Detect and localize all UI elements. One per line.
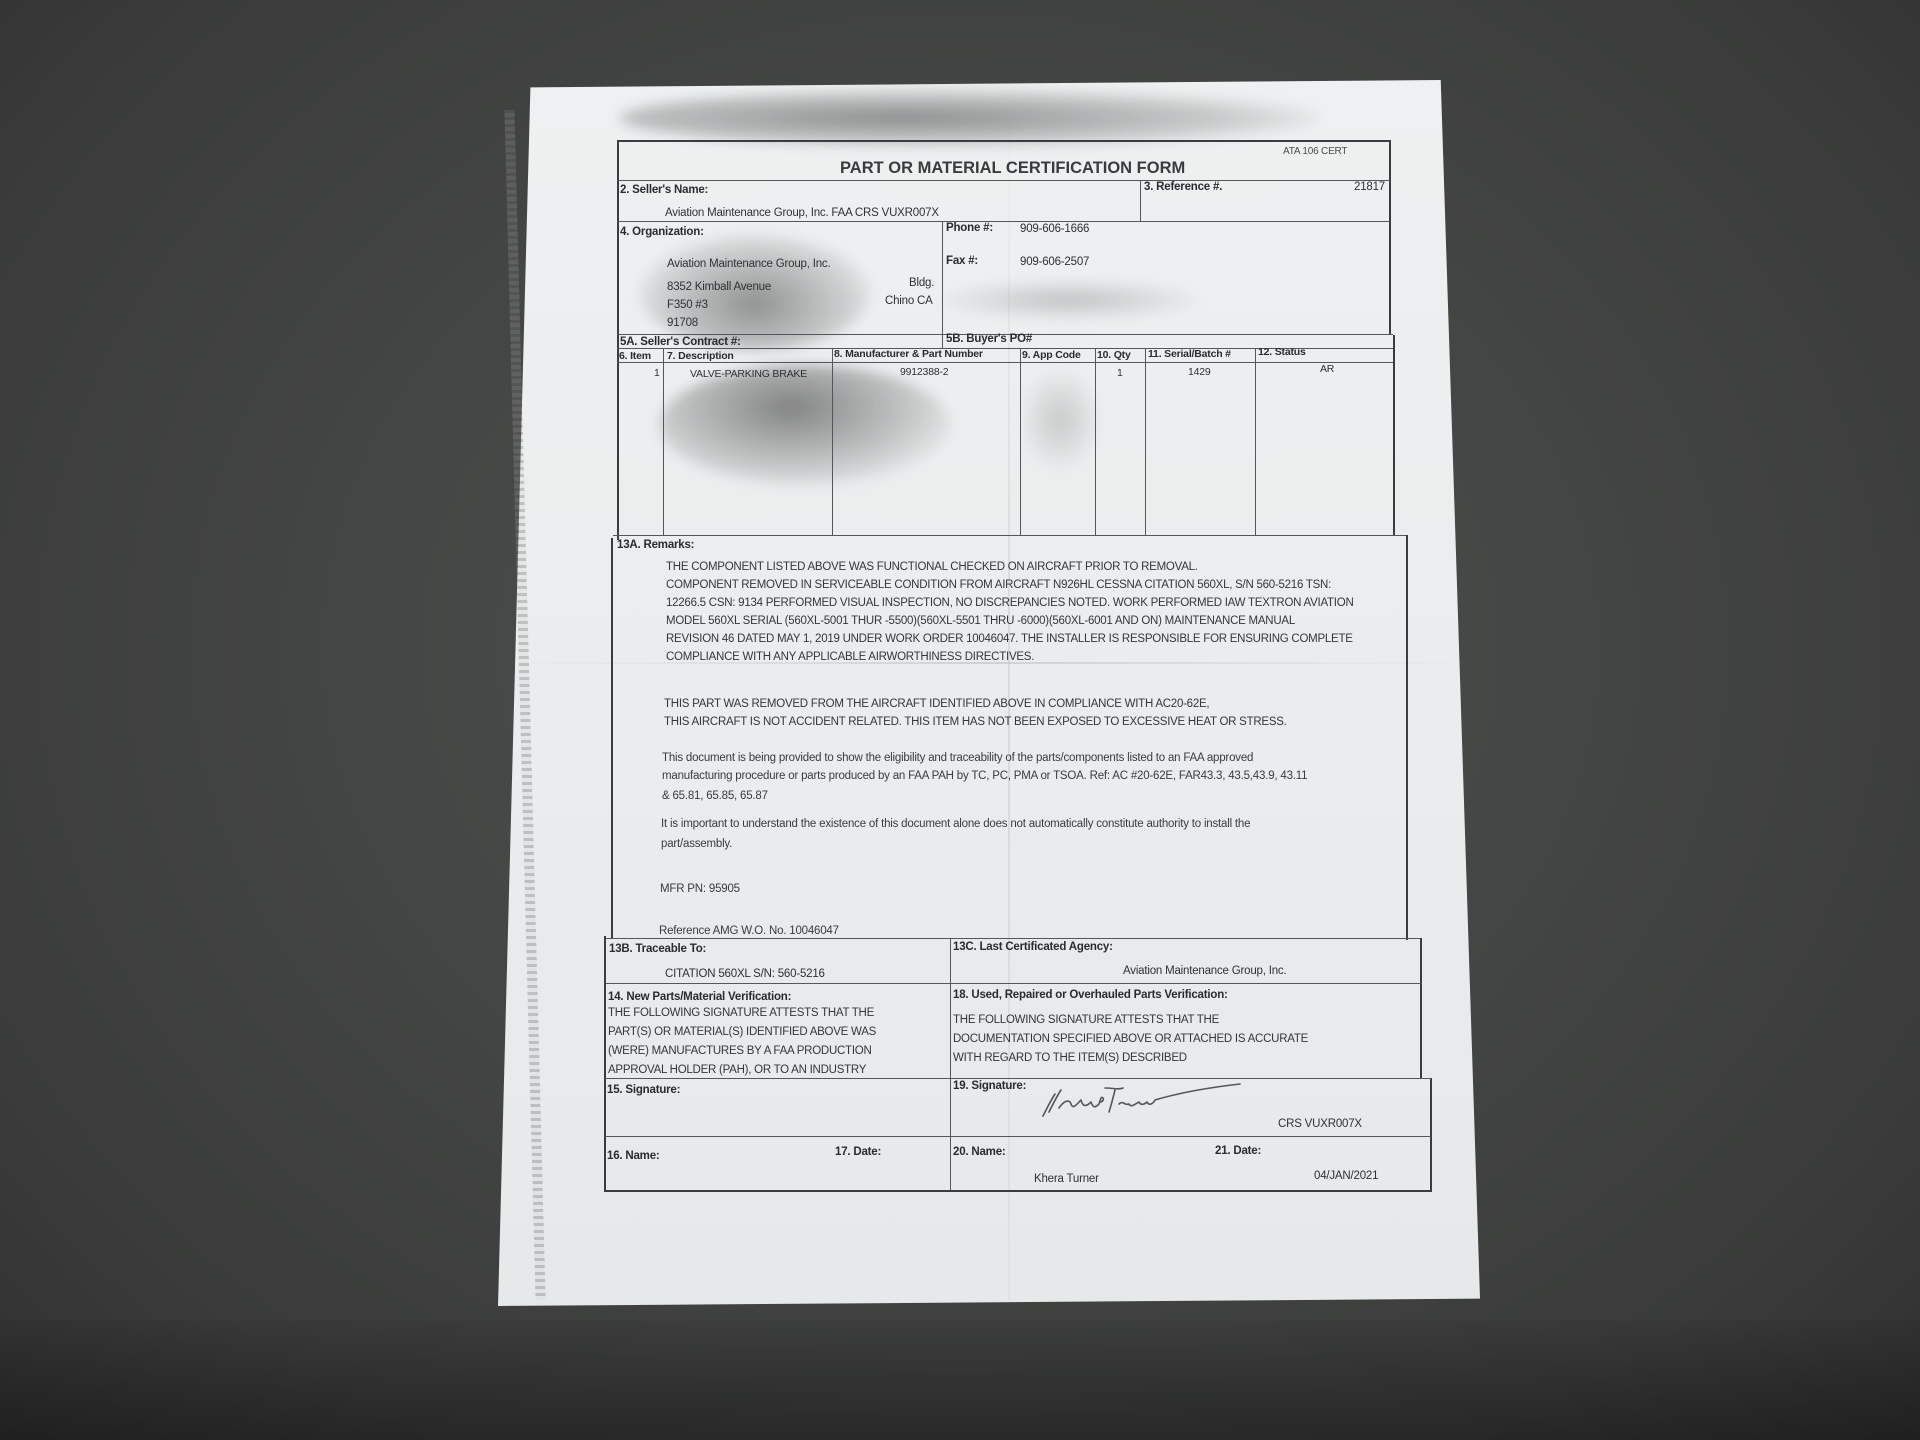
remarks-bottom: [606, 938, 1420, 939]
form-border-bottom: [604, 1190, 1432, 1192]
buyer-po-label: 5B. Buyer's PO#: [946, 333, 1032, 345]
form-border-right-sign: [1430, 1078, 1432, 1192]
items-header-bottom: [617, 362, 1393, 363]
col-header-app-code: 9. App Code: [1022, 349, 1081, 361]
reference-divider: [1140, 180, 1141, 222]
remark-line: REVISION 46 DATED MAY 1, 2019 UNDER WORK…: [666, 633, 1353, 645]
cell-qty: 1: [1117, 367, 1123, 379]
form-border-right-verify: [1420, 938, 1422, 1078]
last-agency-value: Aviation Maintenance Group, Inc.: [1123, 965, 1286, 977]
form-title: PART OR MATERIAL CERTIFICATION FORM: [840, 159, 1185, 178]
cell-serial: 1429: [1188, 366, 1211, 378]
new-parts-label: 14. New Parts/Material Verification:: [608, 991, 791, 1003]
statement-line: PART(S) OR MATERIAL(S) IDENTIFIED ABOVE …: [608, 1026, 876, 1038]
seller-name-value: Aviation Maintenance Group, Inc. FAA CRS…: [665, 207, 939, 219]
remark-line: 12266.5 CSN: 9134 PERFORMED VISUAL INSPE…: [666, 597, 1354, 609]
organization-address-line2: F350 #3: [667, 299, 708, 311]
remark-line: It is important to understand the existe…: [661, 818, 1250, 830]
remark-line: THIS PART WAS REMOVED FROM THE AIRCRAFT …: [664, 698, 1209, 710]
remark-line: MODEL 560XL SERIAL (560XL-5001 THUR -550…: [666, 615, 1295, 627]
remark-line: manufacturing procedure or parts produce…: [662, 770, 1307, 782]
name20-label: 20. Name:: [953, 1146, 1006, 1158]
phone-label: Phone #:: [946, 222, 993, 234]
fax-value: 909-606-2507: [1020, 256, 1089, 268]
traceable-to-label: 13B. Traceable To:: [609, 943, 706, 955]
signature-bottom: [605, 1136, 1431, 1137]
col-divider-item: [663, 348, 664, 535]
traceable-to-value: CITATION 560XL S/N: 560-5216: [665, 968, 825, 980]
col-divider-description: [832, 348, 833, 535]
reference-label: 3. Reference #.: [1144, 181, 1222, 193]
form-border-right-items: [1393, 335, 1395, 535]
organization-label: 4. Organization:: [620, 226, 704, 238]
statement-line: (WERE) MANUFACTURES BY A FAA PRODUCTION: [608, 1045, 872, 1057]
cell-status: AR: [1320, 363, 1334, 375]
organization-address-bldg: Bldg.: [909, 277, 934, 289]
form-code: ATA 106 CERT: [1283, 146, 1347, 157]
form-border-left-upper: [617, 140, 619, 540]
col-divider-serial: [1255, 348, 1256, 535]
col-divider-appcode: [1095, 348, 1096, 535]
col-header-serial: 11. Serial/Batch #: [1148, 348, 1231, 360]
date21-label: 21. Date:: [1215, 1145, 1261, 1157]
statement-line: APPROVAL HOLDER (PAH), OR TO AN INDUSTRY: [608, 1064, 866, 1076]
date17-label: 17. Date:: [835, 1146, 881, 1158]
statement-line: THE FOLLOWING SIGNATURE ATTESTS THAT THE: [953, 1014, 1219, 1026]
lower-divider: [950, 938, 951, 1190]
certification-form: ATA 106 CERT PART OR MATERIAL CERTIFICAT…: [0, 0, 1920, 1440]
remark-line: part/assembly.: [661, 838, 732, 850]
col-header-qty: 10. Qty: [1097, 349, 1131, 361]
remark-line: COMPONENT REMOVED IN SERVICEABLE CONDITI…: [666, 579, 1331, 591]
form-border-left-middle: [611, 538, 613, 938]
remark-line: THIS AIRCRAFT IS NOT ACCIDENT RELATED. T…: [664, 716, 1287, 728]
phone-value: 909-606-1666: [1020, 223, 1089, 235]
cell-description: VALVE-PARKING BRAKE: [690, 368, 807, 380]
mfr-part-number: MFR PN: 95905: [660, 883, 740, 895]
statement-line: THE FOLLOWING SIGNATURE ATTESTS THAT THE: [608, 1007, 874, 1019]
reference-work-order: Reference AMG W.O. No. 10046047: [659, 925, 839, 937]
items-bottom: [613, 535, 1406, 536]
signature15-label: 15. Signature:: [607, 1084, 680, 1096]
seller-row-divider: [617, 221, 1390, 222]
remark-line: This document is being provided to show …: [662, 752, 1253, 764]
signature19-label: 19. Signature:: [953, 1080, 1026, 1092]
form-border-right-remarks: [1406, 535, 1408, 940]
organization-name: Aviation Maintenance Group, Inc.: [667, 258, 830, 270]
handwritten-signature: [1035, 1078, 1245, 1128]
remark-line: THE COMPONENT LISTED ABOVE WAS FUNCTIONA…: [666, 561, 1198, 573]
statement-line: WITH REGARD TO THE ITEM(S) DESCRIBED: [953, 1052, 1187, 1064]
statement-line: DOCUMENTATION SPECIFIED ABOVE OR ATTACHE…: [953, 1033, 1308, 1045]
organization-city-state: Chino CA: [885, 295, 933, 307]
org-divider: [942, 221, 943, 348]
used-parts-label: 18. Used, Repaired or Overhauled Parts V…: [953, 989, 1228, 1001]
organization-address-line1: 8352 Kimball Avenue: [667, 281, 771, 293]
form-border-left-lower: [604, 936, 606, 1192]
date21-value: 04/JAN/2021: [1314, 1170, 1378, 1182]
col-header-status: 12. Status: [1258, 346, 1306, 358]
title-row-divider: [617, 180, 1390, 181]
remarks-label: 13A. Remarks:: [617, 539, 694, 551]
col-header-part-number: 8. Manufacturer & Part Number: [834, 348, 983, 360]
reference-value: 21817: [1354, 181, 1385, 193]
remark-line: & 65.81, 65.85, 65.87: [662, 790, 768, 802]
fax-label: Fax #:: [946, 255, 978, 267]
col-header-description: 7. Description: [667, 350, 734, 362]
crs-number: CRS VUXR007X: [1278, 1118, 1362, 1130]
form-border-top: [617, 140, 1390, 142]
cell-part-number: 9912388-2: [900, 366, 948, 378]
col-header-item: 6. Item: [619, 350, 651, 362]
traceable-bottom: [606, 983, 1422, 984]
seller-name-label: 2. Seller's Name:: [620, 184, 708, 196]
col-divider-part: [1020, 348, 1021, 535]
name20-value: Khera Turner: [1034, 1173, 1099, 1185]
name16-label: 16. Name:: [607, 1150, 660, 1162]
form-border-right-upper: [1389, 140, 1391, 335]
organization-zip: 91708: [667, 317, 698, 329]
col-divider-qty: [1145, 348, 1146, 535]
cell-item: 1: [654, 367, 660, 379]
verification-bottom: [605, 1078, 1431, 1079]
remark-line: COMPLIANCE WITH ANY APPLICABLE AIRWORTHI…: [666, 651, 1034, 663]
last-agency-label: 13C. Last Certificated Agency:: [953, 941, 1113, 953]
seller-contract-label: 5A. Seller's Contract #:: [620, 336, 741, 348]
